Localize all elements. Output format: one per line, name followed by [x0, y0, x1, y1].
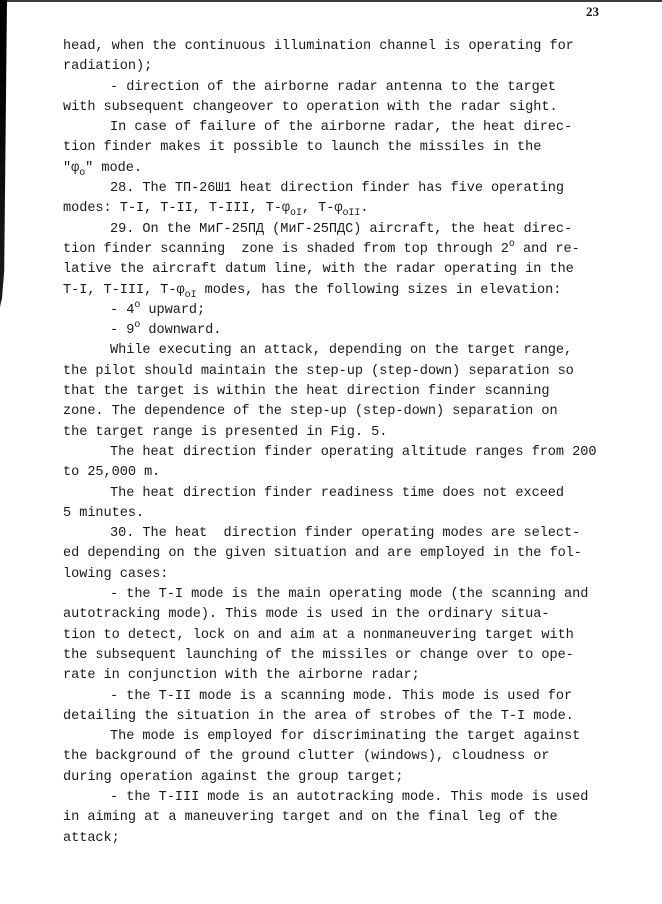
text-line: lative the aircraft datum line, with the…: [63, 260, 623, 280]
text-segment: , T-φ: [302, 201, 343, 216]
text-line: autotracking mode). This mode is used in…: [63, 605, 623, 625]
text-line: during operation against the group targe…: [63, 768, 623, 788]
text-line: zone. The dependence of the step-up (ste…: [63, 402, 623, 422]
text-line: the target range is presented in Fig. 5.: [63, 423, 623, 443]
text-line: T-I, T-III, T-φoI modes, has the followi…: [63, 281, 623, 301]
text-line: the pilot should maintain the step-up (s…: [63, 362, 623, 382]
text-line: ed depending on the given situation and …: [63, 544, 623, 564]
document-body: head, when the continuous illumination c…: [63, 37, 623, 849]
text-line: tion to detect, lock on and aim at a non…: [63, 626, 623, 646]
text-line: In case of failure of the airborne radar…: [63, 118, 623, 138]
text-line: 5 minutes.: [63, 504, 623, 524]
text-segment: modes: T-I, T-II, T-III, T-φ: [63, 201, 290, 216]
text-segment: upward;: [140, 303, 205, 318]
text-segment: " mode.: [85, 161, 142, 176]
text-line: detailing the situation in the area of s…: [63, 707, 623, 727]
text-line: - the T-II mode is a scanning mode. This…: [63, 687, 623, 707]
scan-left-edge-shadow: [0, 0, 7, 904]
text-segment: "φ: [63, 161, 79, 176]
text-line: head, when the continuous illumination c…: [63, 37, 623, 57]
text-line: The heat direction finder readiness time…: [63, 484, 623, 504]
text-line: radiation);: [63, 57, 623, 77]
text-segment: and re-: [515, 242, 580, 257]
text-segment: - 4: [110, 303, 134, 318]
text-line: The heat direction finder operating alti…: [63, 443, 623, 463]
text-line: tion finder makes it possible to launch …: [63, 138, 623, 158]
subscript: oI: [185, 290, 197, 301]
subscript: oI: [290, 208, 302, 219]
text-line: - the T-III mode is an autotracking mode…: [63, 788, 623, 808]
text-line: "φo" mode.: [63, 159, 623, 179]
text-line: to 25,000 m.: [63, 463, 623, 483]
text-line: in aiming at a maneuvering target and on…: [63, 808, 623, 828]
text-line: with subsequent changeover to operation …: [63, 98, 623, 118]
subscript: oII: [342, 208, 360, 219]
text-line: modes: T-I, T-II, T-III, T-φoI, T-φoII.: [63, 199, 623, 219]
text-segment: downward.: [140, 323, 221, 338]
page-number: 23: [586, 4, 599, 20]
text-line: - the T-I mode is the main operating mod…: [63, 585, 623, 605]
text-line: 28. The ТП-26Ш1 heat direction finder ha…: [63, 179, 623, 199]
text-line: - direction of the airborne radar antenn…: [63, 78, 623, 98]
text-line: 30. The heat direction finder operating …: [63, 524, 623, 544]
text-segment: .: [360, 201, 368, 216]
text-segment: - 9: [110, 323, 134, 338]
text-line: The mode is employed for discriminating …: [63, 727, 623, 747]
text-line: While executing an attack, depending on …: [63, 341, 623, 361]
text-line: 29. On the МиГ-25ПД (МиГ-25ПДС) aircraft…: [63, 220, 623, 240]
text-line: lowing cases:: [63, 565, 623, 585]
text-segment: modes, has the following sizes in elevat…: [197, 283, 562, 298]
text-segment: T-I, T-III, T-φ: [63, 283, 185, 298]
text-line: tion finder scanning zone is shaded from…: [63, 240, 623, 260]
scan-top-border: [0, 0, 662, 2]
text-line: the subsequent launching of the missiles…: [63, 646, 623, 666]
text-line: - 4o upward;: [63, 301, 623, 321]
text-line: rate in conjunction with the airborne ra…: [63, 666, 623, 686]
text-line: that the target is within the heat direc…: [63, 382, 623, 402]
text-line: the background of the ground clutter (wi…: [63, 747, 623, 767]
text-line: attack;: [63, 829, 623, 849]
text-line: - 9o downward.: [63, 321, 623, 341]
text-segment: tion finder scanning zone is shaded from…: [63, 242, 509, 257]
